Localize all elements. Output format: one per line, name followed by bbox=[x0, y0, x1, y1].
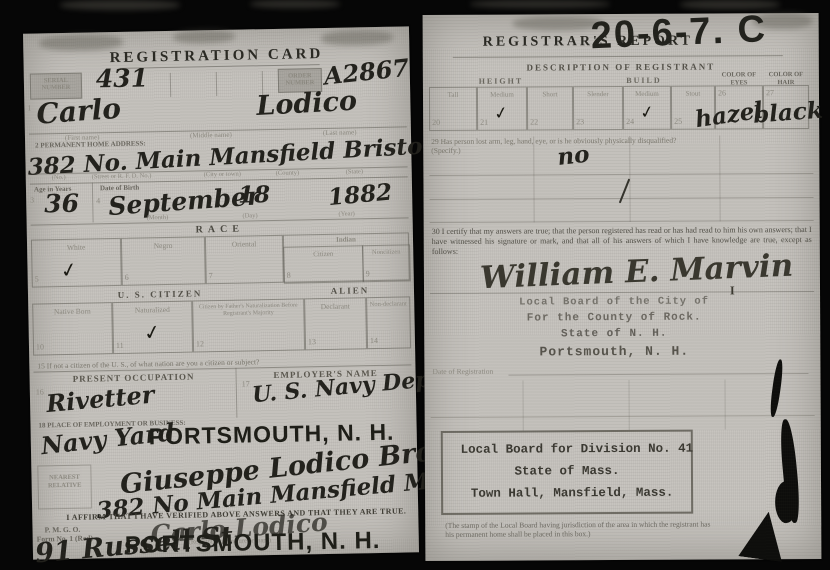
race-cell-oriental: Oriental 7 bbox=[205, 235, 284, 284]
bottom-portsmouth-stamp: PORTSMOUTH, N. H. bbox=[125, 527, 381, 560]
race-white-number: 5 bbox=[35, 274, 39, 283]
race-indian-header: Indian bbox=[284, 234, 408, 244]
registrant-first-name: Carlo bbox=[35, 92, 122, 131]
height-medium-number: 21 bbox=[480, 118, 488, 127]
race-white-label: White bbox=[32, 242, 120, 253]
board-stamp-line2: For the County of Rock. bbox=[464, 311, 764, 325]
form-divider bbox=[216, 72, 217, 96]
race-indian-noncitizen-label: Noncitizen bbox=[363, 248, 409, 256]
citizen-by-father-label: Citizen by Father's Naturalization Befor… bbox=[193, 302, 303, 318]
order-number-label: ORDER NUMBER bbox=[279, 72, 321, 88]
non-declarant-number: 14 bbox=[370, 336, 378, 345]
occupation-line-number: 16 bbox=[36, 387, 44, 396]
address-sub-state: (State) bbox=[346, 168, 363, 175]
non-declarant-label: Non-declarant bbox=[367, 300, 409, 309]
board-stamp-line3: State of N. H. bbox=[464, 327, 764, 341]
height-medium-checkmark: ✓ bbox=[492, 103, 510, 125]
build-stout-number: 25 bbox=[674, 117, 682, 126]
scan-artifact bbox=[173, 30, 235, 44]
dob-sub-year: (Year) bbox=[338, 210, 354, 217]
disqualified-answer: no bbox=[556, 141, 591, 171]
scan-artifact bbox=[470, 0, 610, 8]
height-cell-medium: Medium 21 ✓ bbox=[477, 86, 527, 130]
age-dob-divider bbox=[92, 182, 94, 222]
build-cell-slender: Slender 23 bbox=[573, 86, 623, 130]
dob-year-value: 1882 bbox=[327, 179, 393, 212]
blank-column-rule bbox=[522, 381, 523, 431]
declarant-number: 13 bbox=[308, 337, 316, 346]
build-medium-number: 24 bbox=[626, 117, 634, 126]
naturalized-checkmark: ✓ bbox=[142, 319, 163, 346]
registration-card-front: REGISTRATION CARD SERIAL NUMBER 431 ORDE… bbox=[23, 26, 419, 559]
blank-column-rule bbox=[533, 136, 534, 222]
line-number: 1 bbox=[27, 104, 31, 113]
race-negro-label: Negro bbox=[122, 240, 204, 251]
height-cell-tall: Tall 20 bbox=[429, 87, 477, 131]
build-slender-label: Slender bbox=[574, 90, 622, 98]
age-line-number: 3 bbox=[30, 196, 34, 205]
back-title-rule bbox=[453, 55, 783, 58]
hair-number: 27 bbox=[766, 88, 774, 97]
build-stout-label: Stout bbox=[672, 90, 714, 98]
blank-rule bbox=[429, 173, 813, 176]
race-cell-negro: Negro 6 bbox=[121, 236, 206, 286]
blank-rule bbox=[431, 415, 815, 418]
occupation-divider bbox=[235, 368, 237, 418]
ink-blot bbox=[775, 481, 797, 523]
race-indian-citizen-label: Citizen bbox=[284, 249, 362, 258]
address-sub-county: (County) bbox=[276, 169, 300, 176]
employer-line-number: 17 bbox=[242, 379, 250, 388]
alien-header: ALIEN bbox=[290, 284, 410, 296]
native-born-label: Native Born bbox=[33, 306, 111, 316]
height-tall-label: Tall bbox=[430, 91, 476, 99]
scan-artifact bbox=[250, 0, 340, 8]
naturalized-number: 11 bbox=[116, 341, 124, 350]
middle-name-sub-label: (Middle name) bbox=[190, 131, 232, 140]
board-stamp-line4: Portsmouth, N. H. bbox=[464, 343, 764, 360]
race-oriental-label: Oriental bbox=[206, 239, 282, 249]
build-group-header: BUILD bbox=[573, 76, 715, 86]
nearest-relative-label: NEAREST RELATIVE bbox=[38, 474, 90, 492]
division-stamp-line1: Local Board for Division No. 41 bbox=[427, 441, 727, 457]
blank-column-rule bbox=[724, 379, 725, 429]
disqualified-question: 29 Has person lost arm, leg, hand, eye, … bbox=[431, 136, 676, 146]
race-cell-white: White 5 ✓ bbox=[31, 238, 122, 288]
height-group-header: HEIGHT bbox=[429, 76, 573, 86]
height-medium-label: Medium bbox=[478, 91, 526, 99]
blank-column-rule bbox=[719, 135, 720, 221]
serial-number-label: SERIAL NUMBER bbox=[31, 77, 81, 93]
nearest-relative-label-box: NEAREST RELATIVE bbox=[37, 465, 92, 510]
citizen-cell-by-father: Citizen by Father's Naturalization Befor… bbox=[192, 298, 305, 352]
build-cell-medium: Medium 24 ✓ bbox=[623, 86, 671, 130]
build-slender-number: 23 bbox=[576, 117, 584, 126]
disqualified-specify-label: (Specify.) bbox=[431, 146, 460, 155]
date-of-registration-label: Date of Registration bbox=[432, 367, 493, 376]
ink-blot bbox=[769, 359, 785, 418]
dob-sub-day: (Day) bbox=[242, 212, 257, 219]
race-indian-citizen-number: 8 bbox=[287, 271, 291, 280]
address-sub-city: (City or town) bbox=[204, 171, 241, 179]
corner-date-stamp: 20-6-7. C bbox=[590, 8, 768, 58]
division-stamp-line3: Town Hall, Mansfield, Mass. bbox=[427, 486, 717, 502]
eyes-number: 26 bbox=[718, 88, 726, 97]
citizen-by-father-number: 12 bbox=[196, 339, 204, 348]
race-negro-number: 6 bbox=[125, 273, 129, 282]
race-oriental-number: 7 bbox=[209, 271, 213, 280]
dob-day-value: 18 bbox=[238, 181, 271, 209]
scan-artifact bbox=[60, 0, 180, 10]
scanned-document-background: { "colors": {"paper":"#c7c4bf","ink":"#2… bbox=[0, 0, 830, 570]
alien-cell-declarant: Declarant 13 bbox=[304, 297, 367, 350]
race-white-checkmark: ✓ bbox=[58, 257, 79, 284]
scan-artifact bbox=[39, 34, 123, 52]
registrar-report-back: REGISTRAR'S REPORT 20-6-7. C DESCRIPTION… bbox=[423, 13, 822, 561]
height-cell-short: Short 22 bbox=[527, 86, 573, 130]
build-medium-label: Medium bbox=[624, 90, 670, 98]
blank-column-rule bbox=[628, 380, 629, 430]
height-short-number: 22 bbox=[530, 117, 538, 126]
occupation-value: Rivetter bbox=[45, 380, 156, 419]
citizen-cell-native-born: Native Born 10 bbox=[32, 302, 113, 356]
registrant-last-name: Lodico bbox=[256, 86, 358, 122]
declarant-label: Declarant bbox=[305, 301, 365, 311]
height-tall-number: 20 bbox=[432, 118, 440, 127]
race-cell-indian-citizen: Citizen 8 bbox=[283, 245, 364, 284]
address-sub-no: (No.) bbox=[52, 174, 66, 181]
naturalized-label: Naturalized bbox=[113, 305, 191, 315]
hair-value: black bbox=[752, 97, 824, 129]
race-cell-indian-noncitizen: Noncitizen 9 bbox=[362, 244, 411, 282]
date-rule bbox=[508, 373, 808, 376]
scan-artifact bbox=[321, 30, 393, 46]
form-divider bbox=[170, 73, 171, 97]
serial-number-value: 431 bbox=[96, 63, 149, 93]
height-short-label: Short bbox=[528, 90, 572, 98]
blank-rule bbox=[430, 220, 814, 223]
citizen-cell-naturalized: Naturalized 11 ✓ bbox=[112, 301, 193, 355]
stamp-box-note: (The stamp of the Local Board having jur… bbox=[445, 520, 713, 540]
age-value: 36 bbox=[44, 189, 79, 219]
alien-cell-non-declarant: Non-declarant 14 bbox=[366, 296, 411, 349]
race-indian-group: Indian Citizen 8 Noncitizen 9 bbox=[283, 232, 410, 282]
race-indian-noncitizen-number: 9 bbox=[366, 269, 370, 278]
build-medium-checkmark: ✓ bbox=[638, 102, 656, 124]
dob-line-number: 4 bbox=[96, 196, 100, 205]
dob-sub-month: (Month) bbox=[146, 214, 168, 221]
native-born-number: 10 bbox=[36, 342, 44, 351]
division-stamp-line2: State of Mass. bbox=[427, 464, 707, 479]
address-sub-street: (Street or R. F. D. No.) bbox=[92, 172, 152, 180]
board-stamp-line1: Local Board of the City of bbox=[464, 295, 764, 309]
